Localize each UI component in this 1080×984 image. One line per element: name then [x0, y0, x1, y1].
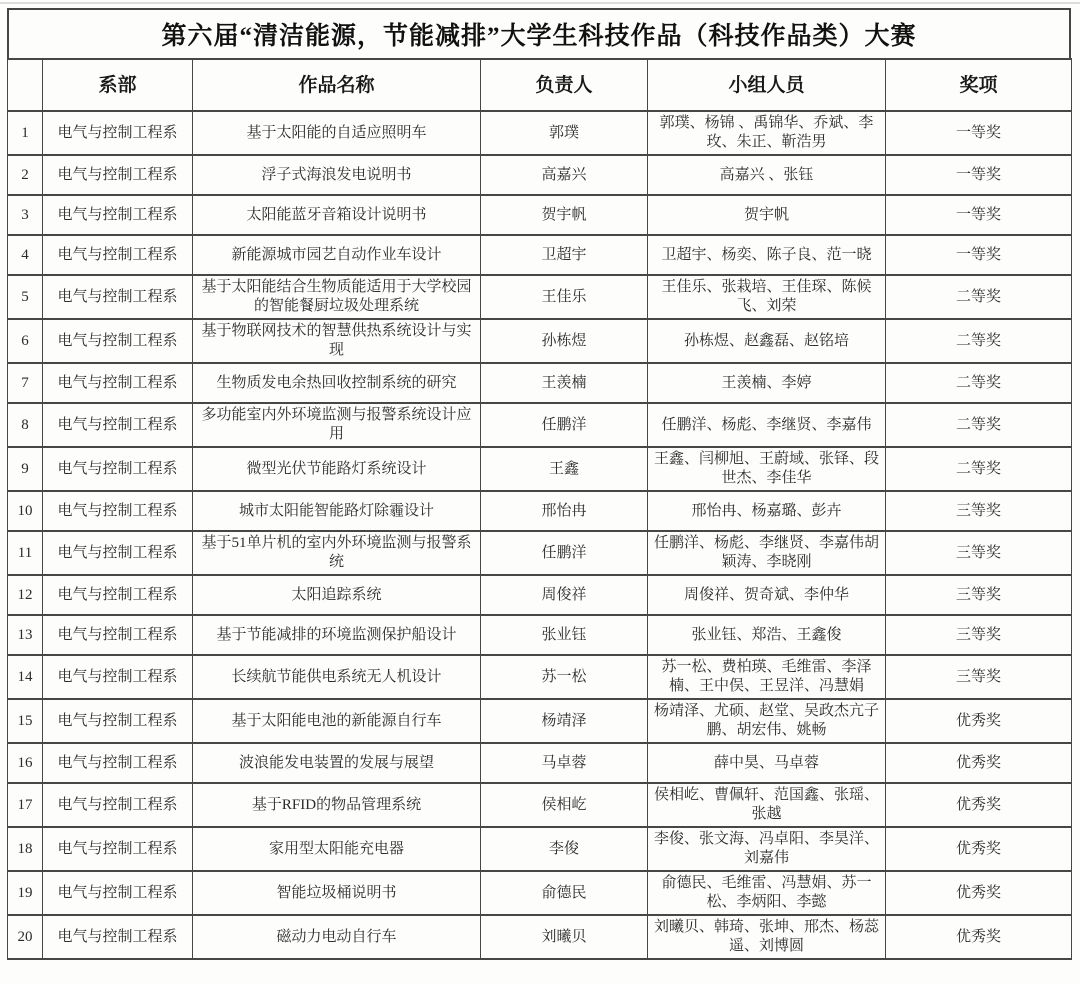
- cell-work-title: 浮子式海浪发电说明书: [193, 155, 481, 195]
- table-row: 13电气与控制工程系基于节能减排的环境监测保护船设计张业钰张业钰、郑浩、王鑫俊三…: [8, 615, 1072, 655]
- cell-award: 一等奖: [886, 155, 1072, 195]
- cell-department: 电气与控制工程系: [43, 235, 193, 275]
- table-row: 7电气与控制工程系生物质发电余热回收控制系统的研究王羡楠王羡楠、李婷二等奖: [8, 363, 1072, 403]
- cell-leader: 李俊: [481, 827, 648, 871]
- cell-row-number: 16: [8, 743, 43, 783]
- cell-department: 电气与控制工程系: [43, 447, 193, 491]
- awards-table: 系部 作品名称 负责人 小组人员 奖项 1电气与控制工程系基于太阳能的自适应照明…: [7, 58, 1072, 960]
- table-row: 5电气与控制工程系基于太阳能结合生物质能适用于大学校园的智能餐厨垃圾处理系统王佳…: [8, 275, 1072, 319]
- cell-members: 高嘉兴 、张钰: [648, 155, 886, 195]
- cell-award: 优秀奖: [886, 699, 1072, 743]
- cell-members: 卫超宇、杨奕、陈子良、范一晓: [648, 235, 886, 275]
- cell-leader: 侯相屹: [481, 783, 648, 827]
- cell-members: 杨靖泽、尤硕、赵堂、吴政杰亢子鹏、胡宏伟、姚畅: [648, 699, 886, 743]
- cell-work-title: 基于RFID的物品管理系统: [193, 783, 481, 827]
- cell-members: 贺宇帆: [648, 195, 886, 235]
- cell-work-title: 磁动力电动自行车: [193, 915, 481, 959]
- cell-award: 一等奖: [886, 195, 1072, 235]
- table-header: 系部 作品名称 负责人 小组人员 奖项: [8, 59, 1072, 111]
- cell-leader: 高嘉兴: [481, 155, 648, 195]
- cell-department: 电气与控制工程系: [43, 531, 193, 575]
- cell-members: 孙栋煜、赵鑫磊、赵铭培: [648, 319, 886, 363]
- cell-row-number: 9: [8, 447, 43, 491]
- cell-row-number: 20: [8, 915, 43, 959]
- cell-award: 优秀奖: [886, 915, 1072, 959]
- cell-leader: 任鹏洋: [481, 531, 648, 575]
- cell-members: 侯相屹、曹佩轩、范国鑫、张瑶、张越: [648, 783, 886, 827]
- cell-award: 优秀奖: [886, 743, 1072, 783]
- cell-award: 一等奖: [886, 111, 1072, 155]
- cell-department: 电气与控制工程系: [43, 111, 193, 155]
- cell-members: 王羡楠、李婷: [648, 363, 886, 403]
- cell-members: 薛中昊、马卓蓉: [648, 743, 886, 783]
- cell-members: 俞德民、毛维雷、冯慧娟、苏一松、李炳阳、李懿: [648, 871, 886, 915]
- cell-row-number: 8: [8, 403, 43, 447]
- cell-department: 电气与控制工程系: [43, 195, 193, 235]
- cell-award: 三等奖: [886, 491, 1072, 531]
- cell-leader: 贺宇帆: [481, 195, 648, 235]
- header-row-number: [8, 59, 43, 111]
- cell-row-number: 18: [8, 827, 43, 871]
- table-row: 2电气与控制工程系浮子式海浪发电说明书高嘉兴高嘉兴 、张钰一等奖: [8, 155, 1072, 195]
- cell-department: 电气与控制工程系: [43, 915, 193, 959]
- cell-department: 电气与控制工程系: [43, 403, 193, 447]
- cell-department: 电气与控制工程系: [43, 575, 193, 615]
- cell-department: 电气与控制工程系: [43, 155, 193, 195]
- cell-row-number: 5: [8, 275, 43, 319]
- cell-row-number: 15: [8, 699, 43, 743]
- cell-members: 李俊、张文海、冯卓阳、李昊洋、刘嘉伟: [648, 827, 886, 871]
- cell-row-number: 13: [8, 615, 43, 655]
- cell-leader: 王鑫: [481, 447, 648, 491]
- cell-members: 王鑫、闫柳旭、王蔚域、张铎、段世杰、李佳华: [648, 447, 886, 491]
- cell-department: 电气与控制工程系: [43, 699, 193, 743]
- header-award: 奖项: [886, 59, 1072, 111]
- cell-row-number: 3: [8, 195, 43, 235]
- cell-award: 二等奖: [886, 275, 1072, 319]
- cell-row-number: 7: [8, 363, 43, 403]
- cell-leader: 张业钰: [481, 615, 648, 655]
- cell-department: 电气与控制工程系: [43, 827, 193, 871]
- page-title: 第六届“清洁能源，节能减排”大学生科技作品（科技作品类）大赛: [161, 16, 916, 52]
- cell-leader: 孙栋煜: [481, 319, 648, 363]
- cell-department: 电气与控制工程系: [43, 491, 193, 531]
- cell-members: 邢怡冉、杨嘉璐、彭卉: [648, 491, 886, 531]
- cell-work-title: 新能源城市园艺自动作业车设计: [193, 235, 481, 275]
- cell-award: 一等奖: [886, 235, 1072, 275]
- cell-members: 任鹏洋、杨彪、李继贤、李嘉伟胡颖涛、李晓刚: [648, 531, 886, 575]
- table-row: 10电气与控制工程系城市太阳能智能路灯除霾设计邢怡冉邢怡冉、杨嘉璐、彭卉三等奖: [8, 491, 1072, 531]
- cell-work-title: 基于51单片机的室内外环境监测与报警系统: [193, 531, 481, 575]
- cell-members: 郭璞、杨锦 、禹锦华、乔斌、李玫、朱正、靳浩男: [648, 111, 886, 155]
- header-department: 系部: [43, 59, 193, 111]
- cell-members: 刘曦贝、韩琦、张坤、邢杰、杨蕊遥、刘博圆: [648, 915, 886, 959]
- table-row: 6电气与控制工程系基于物联网技术的智慧供热系统设计与实现孙栋煜孙栋煜、赵鑫磊、赵…: [8, 319, 1072, 363]
- cell-award: 二等奖: [886, 447, 1072, 491]
- cell-award: 二等奖: [886, 319, 1072, 363]
- table-row: 16电气与控制工程系波浪能发电装置的发展与展望马卓蓉薛中昊、马卓蓉优秀奖: [8, 743, 1072, 783]
- cell-leader: 王羡楠: [481, 363, 648, 403]
- cell-members: 张业钰、郑浩、王鑫俊: [648, 615, 886, 655]
- cell-leader: 郭璞: [481, 111, 648, 155]
- table-frame: 第六届“清洁能源，节能减排”大学生科技作品（科技作品类）大赛 系部 作品名称 负…: [7, 8, 1071, 960]
- cell-department: 电气与控制工程系: [43, 319, 193, 363]
- cell-leader: 马卓蓉: [481, 743, 648, 783]
- cell-row-number: 4: [8, 235, 43, 275]
- cell-row-number: 1: [8, 111, 43, 155]
- cell-row-number: 11: [8, 531, 43, 575]
- cell-department: 电气与控制工程系: [43, 655, 193, 699]
- table-row: 19电气与控制工程系智能垃圾桶说明书俞德民俞德民、毛维雷、冯慧娟、苏一松、李炳阳…: [8, 871, 1072, 915]
- header-leader: 负责人: [481, 59, 648, 111]
- cell-leader: 周俊祥: [481, 575, 648, 615]
- cell-work-title: 基于节能减排的环境监测保护船设计: [193, 615, 481, 655]
- table-row: 9电气与控制工程系微型光伏节能路灯系统设计王鑫王鑫、闫柳旭、王蔚域、张铎、段世杰…: [8, 447, 1072, 491]
- cell-work-title: 智能垃圾桶说明书: [193, 871, 481, 915]
- cell-leader: 任鹏洋: [481, 403, 648, 447]
- table-body: 1电气与控制工程系基于太阳能的自适应照明车郭璞郭璞、杨锦 、禹锦华、乔斌、李玫、…: [8, 111, 1072, 959]
- document-sheet: 第六届“清洁能源，节能减排”大学生科技作品（科技作品类）大赛 系部 作品名称 负…: [0, 0, 1080, 984]
- cell-members: 王佳乐、张栽培、王佳琛、陈候飞、刘荣: [648, 275, 886, 319]
- cell-work-title: 太阳能蓝牙音箱设计说明书: [193, 195, 481, 235]
- cell-work-title: 家用型太阳能充电器: [193, 827, 481, 871]
- cell-leader: 杨靖泽: [481, 699, 648, 743]
- cell-work-title: 长续航节能供电系统无人机设计: [193, 655, 481, 699]
- cell-row-number: 2: [8, 155, 43, 195]
- cell-work-title: 城市太阳能智能路灯除霾设计: [193, 491, 481, 531]
- cell-award: 二等奖: [886, 363, 1072, 403]
- cell-leader: 俞德民: [481, 871, 648, 915]
- cell-leader: 王佳乐: [481, 275, 648, 319]
- header-row: 系部 作品名称 负责人 小组人员 奖项: [8, 59, 1072, 111]
- cell-work-title: 基于物联网技术的智慧供热系统设计与实现: [193, 319, 481, 363]
- cell-row-number: 14: [8, 655, 43, 699]
- cell-leader: 刘曦贝: [481, 915, 648, 959]
- table-row: 17电气与控制工程系基于RFID的物品管理系统侯相屹侯相屹、曹佩轩、范国鑫、张瑶…: [8, 783, 1072, 827]
- cell-work-title: 生物质发电余热回收控制系统的研究: [193, 363, 481, 403]
- header-work-title: 作品名称: [193, 59, 481, 111]
- cell-award: 三等奖: [886, 575, 1072, 615]
- cell-department: 电气与控制工程系: [43, 743, 193, 783]
- cell-award: 优秀奖: [886, 783, 1072, 827]
- table-row: 20电气与控制工程系磁动力电动自行车刘曦贝刘曦贝、韩琦、张坤、邢杰、杨蕊遥、刘博…: [8, 915, 1072, 959]
- table-row: 4电气与控制工程系新能源城市园艺自动作业车设计卫超宇卫超宇、杨奕、陈子良、范一晓…: [8, 235, 1072, 275]
- cell-award: 三等奖: [886, 615, 1072, 655]
- cell-leader: 卫超宇: [481, 235, 648, 275]
- cell-award: 优秀奖: [886, 871, 1072, 915]
- cell-row-number: 19: [8, 871, 43, 915]
- cell-row-number: 17: [8, 783, 43, 827]
- cell-work-title: 基于太阳能的自适应照明车: [193, 111, 481, 155]
- header-members: 小组人员: [648, 59, 886, 111]
- cell-department: 电气与控制工程系: [43, 363, 193, 403]
- cell-work-title: 多功能室内外环境监测与报警系统设计应用: [193, 403, 481, 447]
- cell-row-number: 10: [8, 491, 43, 531]
- cell-department: 电气与控制工程系: [43, 783, 193, 827]
- table-row: 11电气与控制工程系基于51单片机的室内外环境监测与报警系统任鹏洋任鹏洋、杨彪、…: [8, 531, 1072, 575]
- cell-department: 电气与控制工程系: [43, 275, 193, 319]
- cell-department: 电气与控制工程系: [43, 615, 193, 655]
- cell-work-title: 微型光伏节能路灯系统设计: [193, 447, 481, 491]
- cell-work-title: 基于太阳能电池的新能源自行车: [193, 699, 481, 743]
- cell-members: 周俊祥、贺奇斌、李仲华: [648, 575, 886, 615]
- cell-department: 电气与控制工程系: [43, 871, 193, 915]
- table-row: 3电气与控制工程系太阳能蓝牙音箱设计说明书贺宇帆贺宇帆一等奖: [8, 195, 1072, 235]
- cell-work-title: 基于太阳能结合生物质能适用于大学校园的智能餐厨垃圾处理系统: [193, 275, 481, 319]
- table-row: 15电气与控制工程系基于太阳能电池的新能源自行车杨靖泽杨靖泽、尤硕、赵堂、吴政杰…: [8, 699, 1072, 743]
- table-row: 8电气与控制工程系多功能室内外环境监测与报警系统设计应用任鹏洋任鹏洋、杨彪、李继…: [8, 403, 1072, 447]
- cell-award: 三等奖: [886, 531, 1072, 575]
- cell-row-number: 12: [8, 575, 43, 615]
- cell-award: 三等奖: [886, 655, 1072, 699]
- title-bar: 第六届“清洁能源，节能减排”大学生科技作品（科技作品类）大赛: [7, 8, 1071, 58]
- table-row: 14电气与控制工程系长续航节能供电系统无人机设计苏一松苏一松、费柏瑛、毛维雷、李…: [8, 655, 1072, 699]
- cell-award: 优秀奖: [886, 827, 1072, 871]
- table-row: 12电气与控制工程系太阳追踪系统周俊祥周俊祥、贺奇斌、李仲华三等奖: [8, 575, 1072, 615]
- scan-edge-artifact: [0, 2, 1080, 4]
- cell-award: 二等奖: [886, 403, 1072, 447]
- table-row: 1电气与控制工程系基于太阳能的自适应照明车郭璞郭璞、杨锦 、禹锦华、乔斌、李玫、…: [8, 111, 1072, 155]
- table-row: 18电气与控制工程系家用型太阳能充电器李俊李俊、张文海、冯卓阳、李昊洋、刘嘉伟优…: [8, 827, 1072, 871]
- cell-leader: 邢怡冉: [481, 491, 648, 531]
- cell-work-title: 波浪能发电装置的发展与展望: [193, 743, 481, 783]
- cell-leader: 苏一松: [481, 655, 648, 699]
- cell-members: 苏一松、费柏瑛、毛维雷、李泽楠、王中俣、王昱洋、冯慧娟: [648, 655, 886, 699]
- cell-members: 任鹏洋、杨彪、李继贤、李嘉伟: [648, 403, 886, 447]
- cell-work-title: 太阳追踪系统: [193, 575, 481, 615]
- cell-row-number: 6: [8, 319, 43, 363]
